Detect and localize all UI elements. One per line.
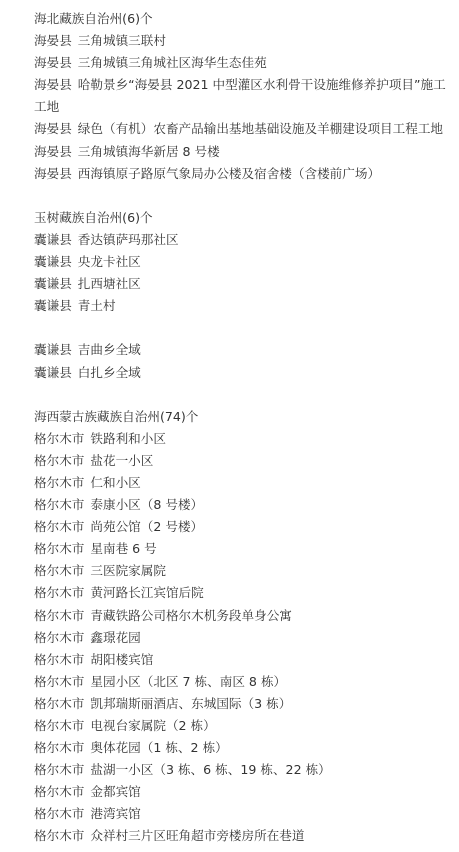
list-item: 格尔木市电视台家属院（2 栋）: [34, 715, 455, 737]
place-label: 三角城镇三角城社区海华生态佳苑: [78, 55, 267, 70]
county-label: 囊谦县: [34, 254, 72, 269]
county-label: 格尔木市: [34, 806, 84, 821]
blank-line: [34, 384, 455, 406]
place-label: 白扎乡全域: [78, 365, 141, 380]
list-item: 囊谦县香达镇萨玛那社区: [34, 229, 455, 251]
list-item: 格尔木市星南巷 6 号: [34, 538, 455, 560]
place-label: 青藏铁路公司格尔木机务段单身公寓: [90, 608, 292, 623]
county-label: 格尔木市: [34, 740, 84, 755]
county-label: 格尔木市: [34, 497, 84, 512]
list-item: 格尔木市鑫璟花园: [34, 627, 455, 649]
place-label: 黄河路长江宾馆后院: [90, 585, 203, 600]
place-label: 尚苑公馆（2 号楼）: [90, 519, 203, 534]
county-label: 格尔木市: [34, 608, 84, 623]
county-label: 格尔木市: [34, 674, 84, 689]
list-item: 格尔木市凯邦瑞斯丽酒店、东城国际（3 栋）: [34, 693, 455, 715]
place-label: 港湾宾馆: [90, 806, 140, 821]
county-label: 海晏县: [34, 77, 72, 92]
place-label: 仁和小区: [90, 475, 140, 490]
county-label: 海晏县: [34, 166, 72, 181]
place-label: 奥体花园（1 栋、2 栋）: [90, 740, 227, 755]
county-label: 海晏县: [34, 33, 72, 48]
county-label: 格尔木市: [34, 828, 84, 843]
place-label: 铁路利和小区: [90, 431, 166, 446]
county-label: 格尔木市: [34, 563, 84, 578]
county-label: 囊谦县: [34, 298, 72, 313]
county-label: 格尔木市: [34, 784, 84, 799]
list-item: 格尔木市众祥村三片区旺角超市旁楼房所在巷道: [34, 825, 455, 847]
county-label: 格尔木市: [34, 762, 84, 777]
list-item: 格尔木市三医院家属院: [34, 560, 455, 582]
list-item: 格尔木市奥体花园（1 栋、2 栋）: [34, 737, 455, 759]
place-label: 央龙卡社区: [78, 254, 141, 269]
list-item: 海晏县三角城镇海华新居 8 号楼: [34, 141, 455, 163]
place-label: 盐湖一小区（3 栋、6 栋、19 栋、22 栋）: [90, 762, 330, 777]
list-item: 囊谦县扎西塘社区: [34, 273, 455, 295]
place-label: 盐花一小区: [90, 453, 153, 468]
county-label: 囊谦县: [34, 276, 72, 291]
county-label: 海晏县: [34, 55, 72, 70]
place-label: 青土村: [78, 298, 116, 313]
place-label: 金都宾馆: [90, 784, 140, 799]
place-label: 泰康小区（8 号楼）: [90, 497, 203, 512]
blank-line: [34, 185, 455, 207]
place-label: 吉曲乡全域: [78, 342, 141, 357]
list-item: 囊谦县青土村: [34, 295, 455, 317]
county-label: 格尔木市: [34, 453, 84, 468]
place-label: 三角城镇海华新居 8 号楼: [78, 144, 220, 159]
county-label: 囊谦县: [34, 365, 72, 380]
county-label: 囊谦县: [34, 232, 72, 247]
list-item: 囊谦县白扎乡全域: [34, 362, 455, 384]
section-heading: 海北藏族自治州(6)个: [34, 8, 455, 30]
list-item: 格尔木市盐湖一小区（3 栋、6 栋、19 栋、22 栋）: [34, 759, 455, 781]
list-item: 囊谦县央龙卡社区: [34, 251, 455, 273]
place-label: 三角城镇三联村: [78, 33, 166, 48]
document-body: 海北藏族自治州(6)个 海晏县三角城镇三联村 海晏县三角城镇三角城社区海华生态佳…: [34, 8, 455, 848]
county-label: 格尔木市: [34, 718, 84, 733]
county-label: 格尔木市: [34, 431, 84, 446]
section-heading: 海西蒙古族藏族自治州(74)个: [34, 406, 455, 428]
place-label: 西海镇原子路原气象局办公楼及宿舍楼（含楼前广场）: [78, 166, 380, 181]
place-label: 鑫璟花园: [90, 630, 140, 645]
list-item: 海晏县三角城镇三联村: [34, 30, 455, 52]
county-label: 海晏县: [34, 144, 72, 159]
place-label: 绿色（有机）农畜产品输出基地基础设施及羊棚建设项目工程工地: [78, 121, 443, 136]
list-item: 海晏县三角城镇三角城社区海华生态佳苑: [34, 52, 455, 74]
place-label: 凯邦瑞斯丽酒店、东城国际（3 栋）: [90, 696, 291, 711]
county-label: 格尔木市: [34, 519, 84, 534]
place-label: 三医院家属院: [90, 563, 166, 578]
county-label: 格尔木市: [34, 541, 84, 556]
list-item: 格尔木市黄河路长江宾馆后院: [34, 582, 455, 604]
place-label: 星南巷 6 号: [90, 541, 156, 556]
section-heading: 玉树藏族自治州(6)个: [34, 207, 455, 229]
county-label: 格尔木市: [34, 630, 84, 645]
place-label: 星园小区（北区 7 栋、南区 8 栋）: [90, 674, 286, 689]
list-item: 格尔木市星园小区（北区 7 栋、南区 8 栋）: [34, 671, 455, 693]
place-label: 胡阳楼宾馆: [90, 652, 153, 667]
list-item: 格尔木市盐花一小区: [34, 450, 455, 472]
list-item: 格尔木市胡阳楼宾馆: [34, 649, 455, 671]
blank-line: [34, 317, 455, 339]
place-label: 扎西塘社区: [78, 276, 141, 291]
list-item: 格尔木市仁和小区: [34, 472, 455, 494]
list-item: 海晏县西海镇原子路原气象局办公楼及宿舍楼（含楼前广场）: [34, 163, 455, 185]
list-item: 囊谦县吉曲乡全域: [34, 339, 455, 361]
list-item: 海晏县哈勒景乡“海晏县 2021 中型灌区水利骨干设施维修养护项目”施工工地: [34, 74, 455, 118]
place-label: 香达镇萨玛那社区: [78, 232, 179, 247]
list-item: 格尔木市尚苑公馆（2 号楼）: [34, 516, 455, 538]
county-label: 格尔木市: [34, 585, 84, 600]
county-label: 格尔木市: [34, 652, 84, 667]
county-label: 格尔木市: [34, 696, 84, 711]
county-label: 格尔木市: [34, 475, 84, 490]
place-label: 众祥村三片区旺角超市旁楼房所在巷道: [90, 828, 304, 843]
place-label: 哈勒景乡“海晏县 2021 中型灌区水利骨干设施维修养护项目”施工工地: [34, 77, 446, 114]
list-item: 格尔木市泰康小区（8 号楼）: [34, 494, 455, 516]
place-label: 电视台家属院（2 栋）: [90, 718, 215, 733]
list-item: 格尔木市金都宾馆: [34, 781, 455, 803]
list-item: 格尔木市铁路利和小区: [34, 428, 455, 450]
county-label: 海晏县: [34, 121, 72, 136]
list-item: 格尔木市港湾宾馆: [34, 803, 455, 825]
list-item: 格尔木市青藏铁路公司格尔木机务段单身公寓: [34, 605, 455, 627]
county-label: 囊谦县: [34, 342, 72, 357]
list-item: 海晏县绿色（有机）农畜产品输出基地基础设施及羊棚建设项目工程工地: [34, 118, 455, 140]
